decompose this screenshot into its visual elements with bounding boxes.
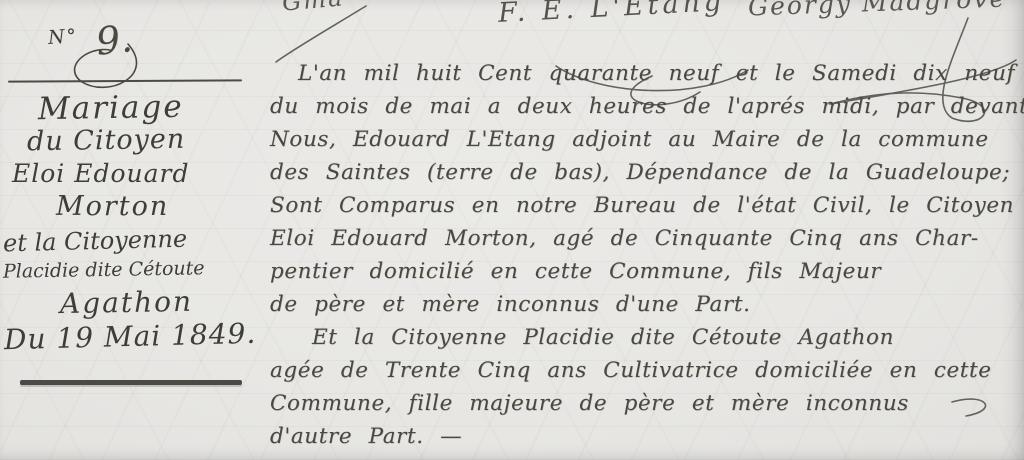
body-line: Commune, fille majeure de père et mère i…	[270, 387, 1022, 420]
record-number-prefix: N°	[47, 25, 79, 49]
signature-fragment-left: Gma	[281, 0, 345, 17]
margin-line-bride-names: Placidie dite Cétoute	[3, 257, 205, 283]
margin-title-mariage: Mariage	[38, 89, 184, 128]
margin-line-et-la-citoyenne: et la Citoyenne	[3, 225, 188, 258]
margin-divider-thin	[8, 79, 242, 82]
body-line: Et la Citoyenne Placidie dite Cétoute Ag…	[270, 321, 1022, 354]
scanned-register-page: Gma F. E. L'Etang Georgy Madgrove N° 9. …	[0, 0, 1024, 460]
record-number: 9.	[94, 16, 135, 64]
body-line: des Saintes (terre de bas), Dépendance d…	[270, 156, 1022, 189]
margin-line-record-date: Du 19 Mai 1849.	[4, 317, 257, 357]
margin-line-bride-surname: Agathon	[60, 285, 194, 320]
body-line: agée de Trente Cinq ans Cultivatrice dom…	[270, 354, 1022, 387]
margin-divider-thick	[20, 380, 242, 385]
signature-letang: F. E. L'Etang	[497, 0, 726, 29]
signature-right: Georgy Madgrove	[748, 0, 1007, 21]
body-line: pentier domicilié en cette Commune, fils…	[270, 255, 1022, 288]
body-line: Nous, Edouard L'Etang adjoint au Maire d…	[270, 123, 1022, 156]
body-line: Sont Comparus en notre Bureau de l'état …	[270, 189, 1022, 222]
margin-line-groom-firstnames: Eloi Edouard	[12, 159, 190, 188]
body-line: d'autre Part. —	[270, 420, 1022, 453]
body-line: L'an mil huit Cent quarante neuf et le S…	[270, 57, 1022, 90]
margin-line-groom-surname: Morton	[56, 191, 169, 222]
body-line: du mois de mai a deux heures de l'aprés …	[270, 90, 1022, 123]
body-line: Eloi Edouard Morton, agé de Cinquante Ci…	[270, 222, 1022, 255]
margin-line-du-citoyen: du Citoyen	[27, 124, 186, 158]
body-line: de père et mère inconnus d'une Part.	[270, 288, 1022, 321]
act-text-column: L'an mil huit Cent quarante neuf et le S…	[270, 57, 1022, 453]
